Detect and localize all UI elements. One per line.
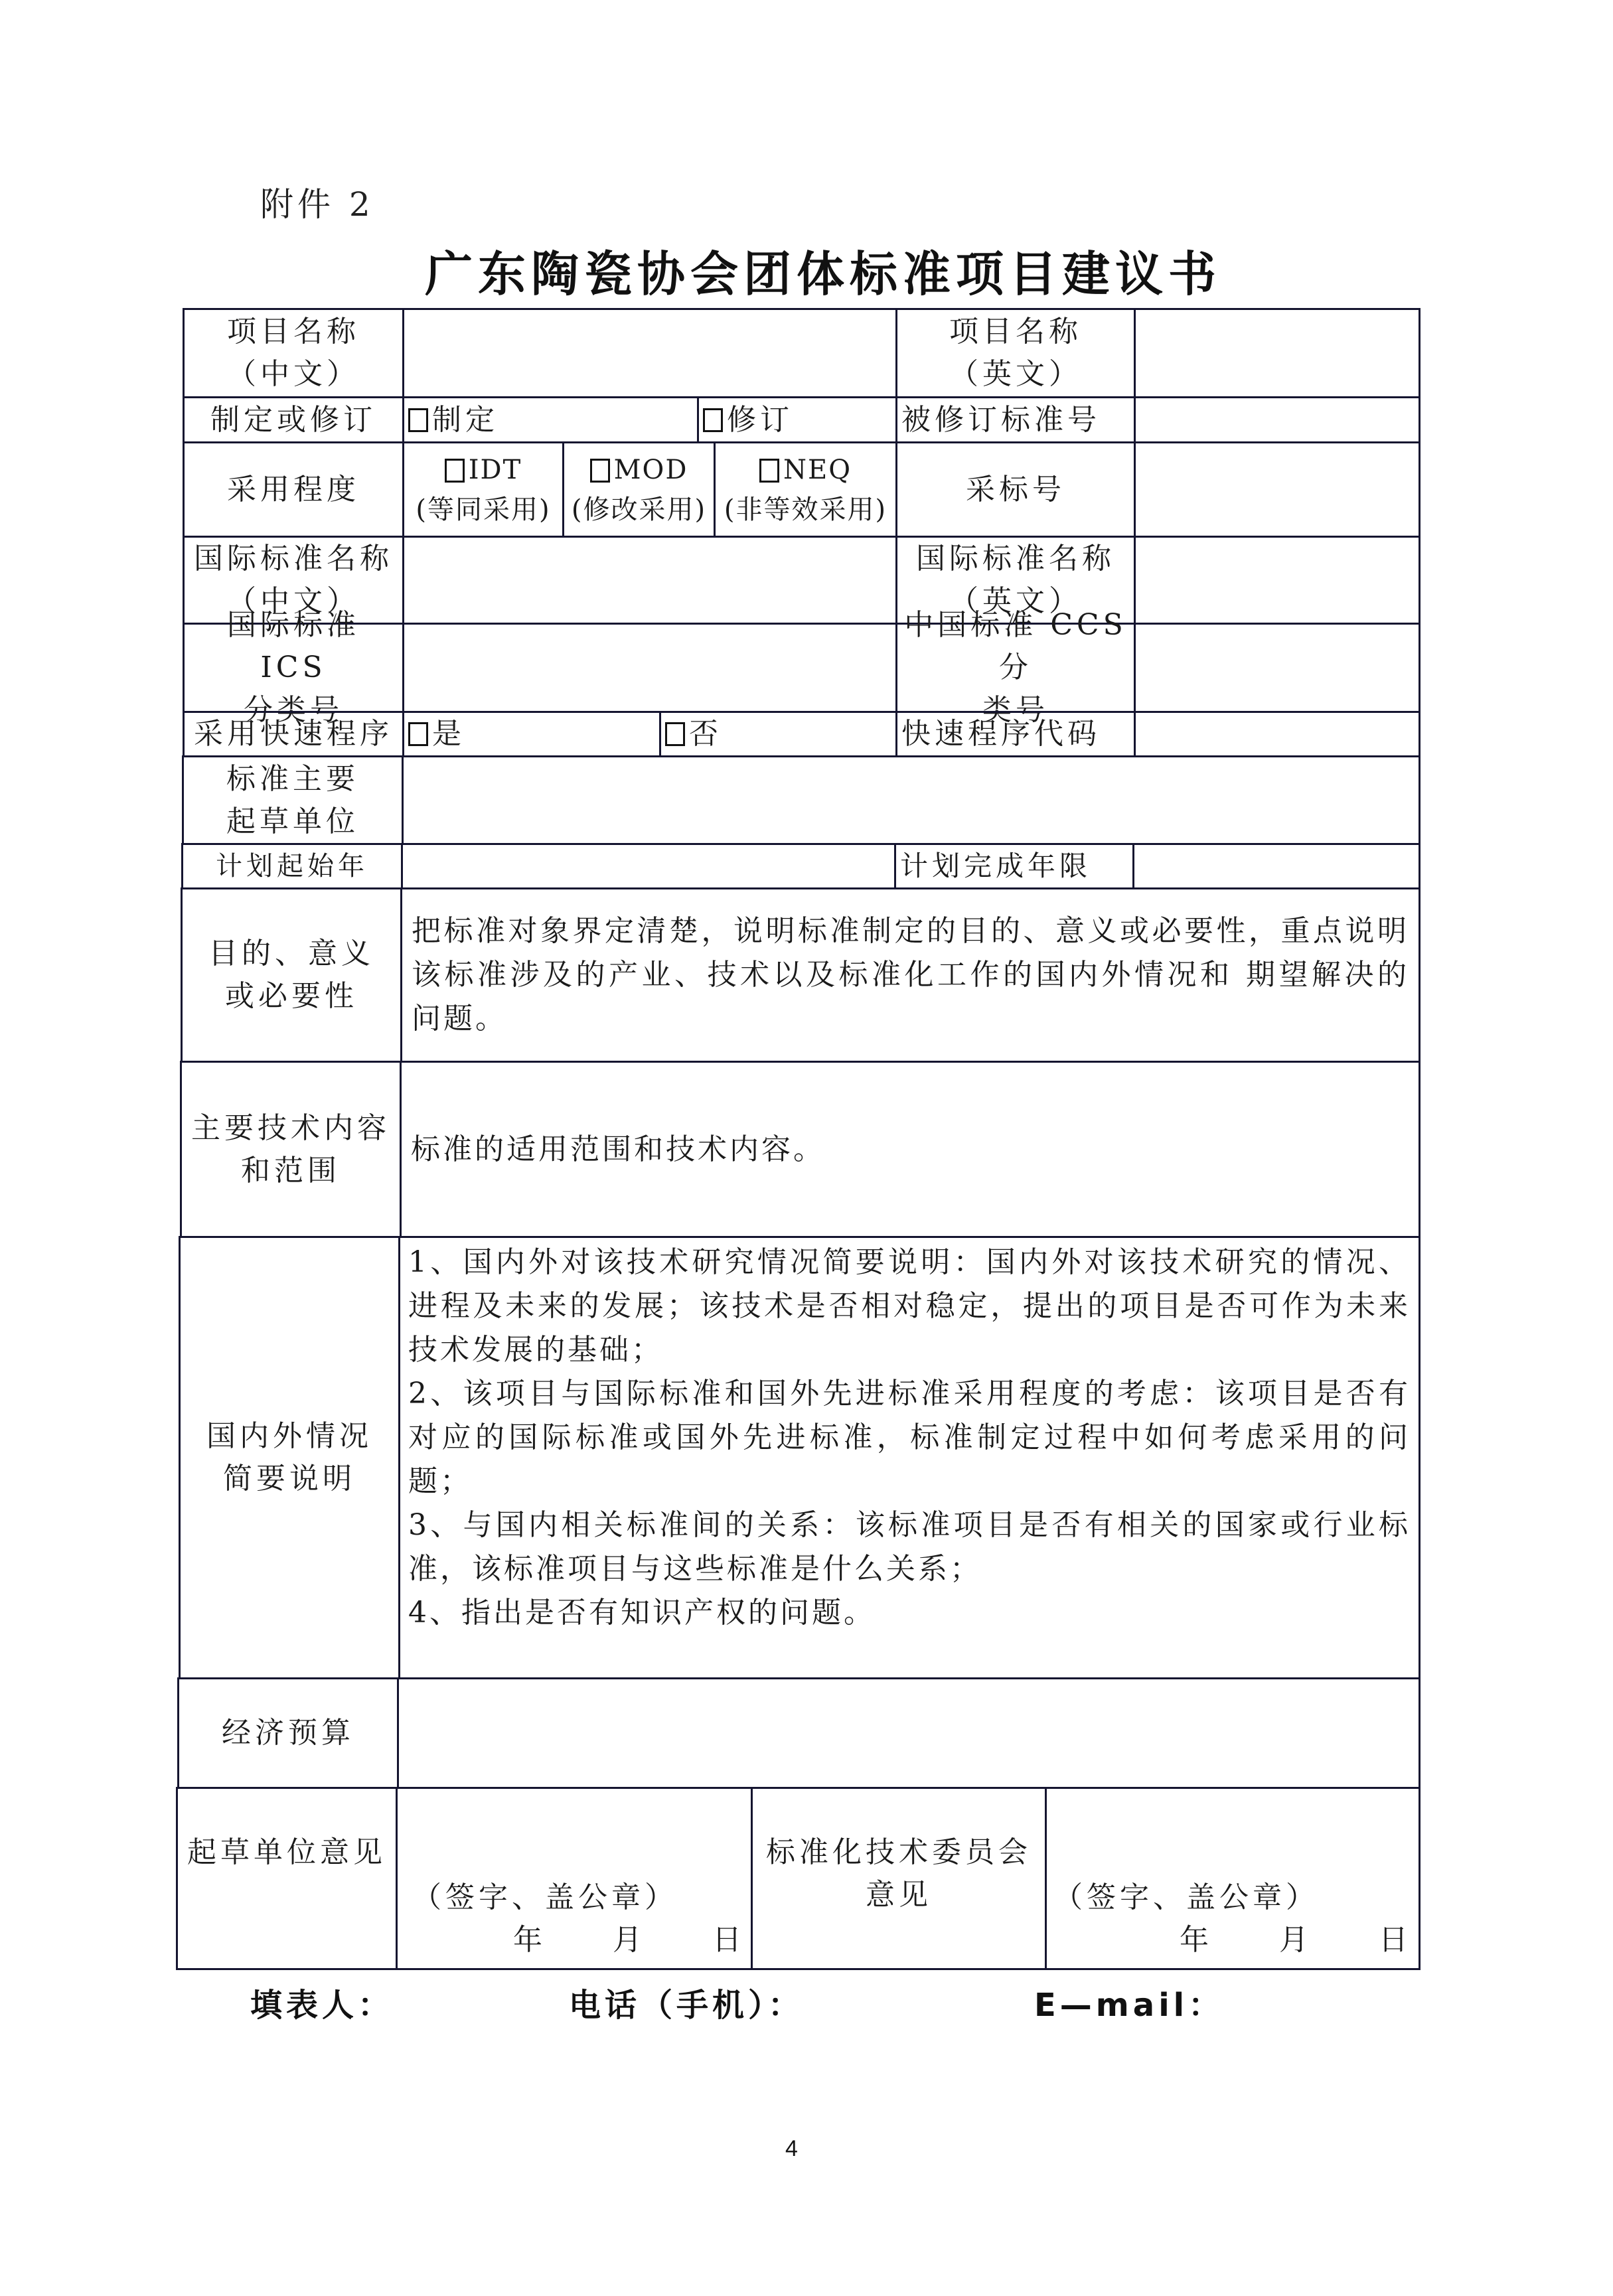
adoption-option-neq[interactable]: NEQ(非等效采用) xyxy=(714,441,897,538)
checkbox-icon[interactable] xyxy=(408,722,428,746)
project-name-en-label: 项目名称 （英文） xyxy=(895,308,1136,398)
committee-opinion-label: 标准化技术委员会 意见 xyxy=(751,1787,1047,1970)
ics-class-field[interactable] xyxy=(402,623,897,713)
fast-procedure-no-option[interactable]: 否 xyxy=(659,711,897,757)
fast-procedure-label: 采用快速程序 xyxy=(183,711,404,757)
formulate-option[interactable]: 制定 xyxy=(402,396,699,443)
committee-sign-note: （签字、盖公章） xyxy=(1053,1876,1319,1919)
status-item-4: 4、指出是否有知识产权的问题。 xyxy=(408,1591,1411,1635)
option-label: 修订 xyxy=(727,399,793,441)
committee-date: 年 月 日 xyxy=(1180,1919,1412,1961)
plan-finish-field[interactable] xyxy=(1132,843,1421,889)
plan-start-year-label: 计划起始年 xyxy=(181,843,403,889)
page-number: 4 xyxy=(785,2136,798,2162)
committee-opinion-field[interactable]: （签字、盖公章） 年 月 日 xyxy=(1045,1787,1421,1970)
checkbox-icon[interactable] xyxy=(665,722,685,746)
tech-content-text: 标准的适用范围和技术内容。 xyxy=(406,1128,830,1172)
option-label: 否 xyxy=(689,713,722,755)
option-desc: (非等效采用) xyxy=(724,490,887,530)
filler-label: 填表人： xyxy=(250,1979,394,2025)
project-name-cn-label: 项目名称 （中文） xyxy=(183,308,404,398)
intl-standard-name-en-field[interactable] xyxy=(1134,536,1421,625)
fast-procedure-code-label: 快速程序代码 xyxy=(895,711,1136,757)
ics-class-label: 国际标准 ICS 分类号 xyxy=(183,623,404,713)
formulate-or-revise-label: 制定或修订 xyxy=(183,396,404,443)
adopted-standard-no-label: 采标号 xyxy=(895,441,1136,538)
attachment-label: 附件 2 xyxy=(260,178,374,226)
label-text: 标准主要 起草单位 xyxy=(226,758,359,843)
revised-standard-no-field[interactable] xyxy=(1134,396,1421,443)
option-code: NEQ xyxy=(783,455,852,485)
page-title: 广东陶瓷协会团体标准项目建议书 xyxy=(425,236,1221,305)
email-label: E—mail： xyxy=(1034,1979,1224,2025)
purpose-text: 把标准对象界定清楚，说明标准制定的目的、意义或必要性，重点说明该标准涉及的产业、… xyxy=(406,909,1415,1041)
checkbox-icon[interactable] xyxy=(703,408,723,432)
fast-procedure-yes-option[interactable]: 是 xyxy=(402,711,661,757)
checkbox-icon[interactable] xyxy=(445,459,465,483)
ccs-class-label: 中国标准 CCS 分 类号 xyxy=(895,623,1136,713)
main-drafter-label: 标准主要 起草单位 xyxy=(182,755,404,845)
revise-option[interactable]: 修订 xyxy=(697,396,897,443)
drafter-date: 年 月 日 xyxy=(513,1919,745,1961)
project-name-en-field[interactable] xyxy=(1134,308,1421,398)
status-item-2: 2、该项目与国际标准和国外先进标准采用程度的考虑：该项目是否有对应的国际标准或国… xyxy=(408,1372,1411,1503)
purpose-field[interactable]: 把标准对象界定清楚，说明标准制定的目的、意义或必要性，重点说明该标准涉及的产业、… xyxy=(400,887,1421,1063)
plan-start-year-field[interactable] xyxy=(401,843,896,889)
domestic-intl-status-label: 国内外情况 简要说明 xyxy=(179,1236,400,1679)
adoption-option-mod[interactable]: MOD(修改采用) xyxy=(562,441,716,538)
label-text: 项目名称 （中文） xyxy=(227,311,360,396)
domestic-intl-status-field[interactable]: 1、国内外对该技术研究情况简要说明：国内外对该技术研究的情况、进程及未来的发展；… xyxy=(398,1236,1421,1679)
option-code: MOD xyxy=(614,455,688,485)
budget-field[interactable] xyxy=(397,1677,1421,1789)
option-label: 是 xyxy=(432,713,465,755)
purpose-label: 目的、意义 或必要性 xyxy=(181,887,402,1063)
label-text: 主要技术内容 和范围 xyxy=(191,1107,390,1192)
option-label: 制定 xyxy=(432,399,499,441)
label-text: 目的、意义 或必要性 xyxy=(208,933,374,1018)
checkbox-icon[interactable] xyxy=(408,408,428,432)
tech-content-label: 主要技术内容 和范围 xyxy=(180,1061,402,1238)
checkbox-icon[interactable] xyxy=(590,459,610,483)
adoption-option-idt[interactable]: IDT(等同采用) xyxy=(402,441,564,538)
status-item-1: 1、国内外对该技术研究情况简要说明：国内外对该技术研究的情况、进程及未来的发展；… xyxy=(408,1241,1411,1372)
label-text: 国内外情况 简要说明 xyxy=(206,1415,372,1500)
phone-label: 电话（手机）： xyxy=(569,1979,804,2025)
tech-content-field[interactable]: 标准的适用范围和技术内容。 xyxy=(400,1061,1421,1238)
option-desc: (修改采用) xyxy=(572,490,706,530)
drafter-opinion-label: 起草单位意见 xyxy=(176,1787,398,1970)
budget-label: 经济预算 xyxy=(177,1677,399,1789)
drafter-sign-note: （签字、盖公章） xyxy=(412,1876,678,1919)
option-desc: (等同采用) xyxy=(416,490,550,530)
label-text: 标准化技术委员会 意见 xyxy=(766,1831,1032,1916)
adopted-standard-no-field[interactable] xyxy=(1134,441,1421,538)
label-text: 项目名称 （英文） xyxy=(949,311,1082,396)
ccs-class-field[interactable] xyxy=(1134,623,1421,713)
adoption-degree-label: 采用程度 xyxy=(183,441,404,538)
main-drafter-field[interactable] xyxy=(402,755,1421,845)
option-code: IDT xyxy=(469,455,522,485)
checkbox-icon[interactable] xyxy=(759,459,779,483)
plan-finish-label: 计划完成年限 xyxy=(894,843,1134,889)
project-name-cn-field[interactable] xyxy=(402,308,897,398)
drafter-opinion-field[interactable]: （签字、盖公章） 年 月 日 xyxy=(396,1787,753,1970)
status-item-3: 3、与国内相关标准间的关系：该标准项目是否有相关的国家或行业标准，该标准项目与这… xyxy=(408,1503,1411,1591)
revised-standard-no-label: 被修订标准号 xyxy=(895,396,1136,443)
intl-standard-name-cn-field[interactable] xyxy=(402,536,897,625)
fast-procedure-code-field[interactable] xyxy=(1134,711,1421,757)
